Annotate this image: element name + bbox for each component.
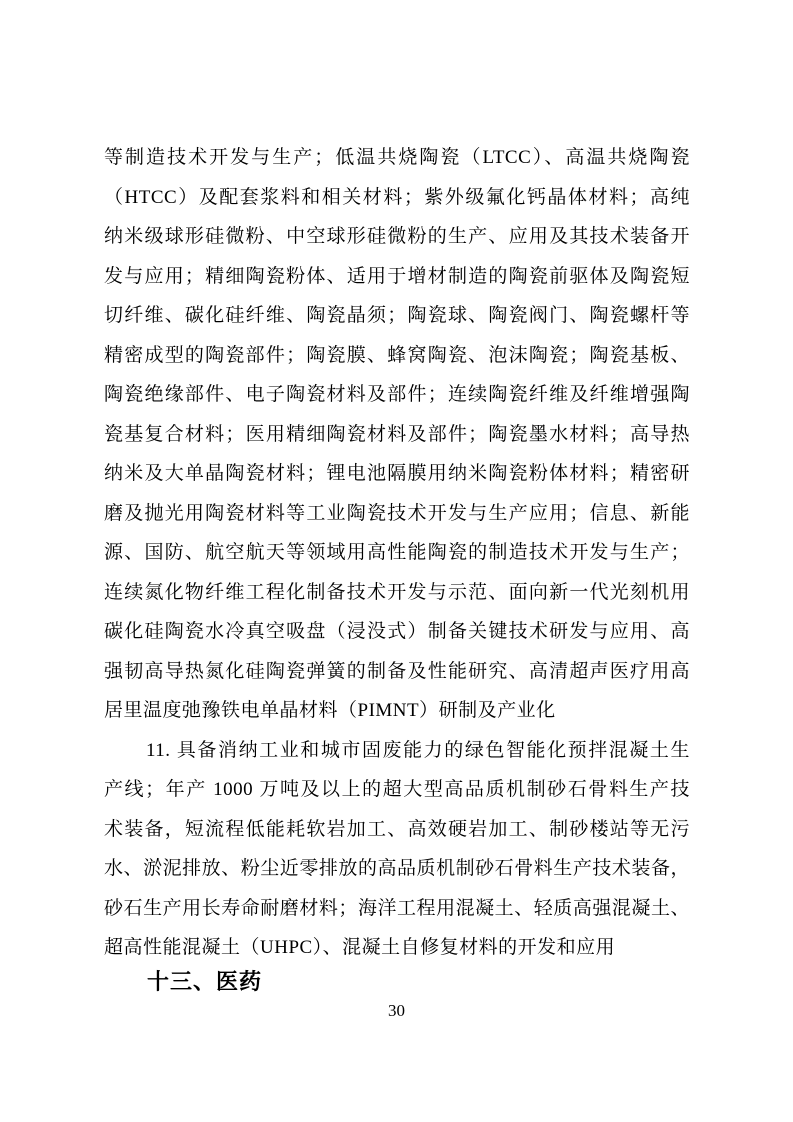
text-line: 连续氮化物纤维工程化制备技术开发与示范、面向新一代光刻机用 (104, 573, 690, 613)
text-line: 强韧高导热氮化硅陶瓷弹簧的制备及性能研究、高清超声医疗用高 (104, 652, 690, 692)
text-line: 源、国防、航空航天等领域用高性能陶瓷的制造技术开发与生产； (104, 533, 690, 573)
text-line: 砂石生产用长寿命耐磨材料；海洋工程用混凝土、轻质高强混凝土、 (104, 889, 690, 929)
text-line: 11. 具备消纳工业和城市固废能力的绿色智能化预拌混凝土生 (104, 731, 690, 771)
text-line: 精密成型的陶瓷部件；陶瓷膜、蜂窝陶瓷、泡沫陶瓷；陶瓷基板、 (104, 336, 690, 376)
text-line: 碳化硅陶瓷水冷真空吸盘（浸没式）制备关键技术研发与应用、高 (104, 612, 690, 652)
text-line: 陶瓷绝缘部件、电子陶瓷材料及部件；连续陶瓷纤维及纤维增强陶 (104, 375, 690, 415)
text-line: 等制造技术开发与生产；低温共烧陶瓷（LTCC）、高温共烧陶瓷 (104, 138, 690, 178)
page-number: 30 (0, 999, 793, 1023)
text-line: 居里温度弛豫铁电单晶材料（PIMNT）研制及产业化 (104, 691, 690, 731)
text-line: 纳米及大单晶陶瓷材料；锂电池隔膜用纳米陶瓷粉体材料；精密研 (104, 454, 690, 494)
document-page: 等制造技术开发与生产；低温共烧陶瓷（LTCC）、高温共烧陶瓷（HTCC）及配套浆… (0, 0, 793, 1122)
text-line: 水、淤泥排放、粉尘近零排放的高品质机制砂石骨料生产技术装备， (104, 849, 690, 889)
text-line: （HTCC）及配套浆料和相关材料；紫外级氟化钙晶体材料；高纯 (104, 178, 690, 218)
text-line: 磨及抛光用陶瓷材料等工业陶瓷技术开发与生产应用；信息、新能 (104, 494, 690, 534)
text-line: 产线；年产 1000 万吨及以上的超大型高品质机制砂石骨料生产技 (104, 770, 690, 810)
text-line: 瓷基复合材料；医用精细陶瓷材料及部件；陶瓷墨水材料；高导热 (104, 415, 690, 455)
text-line: 切纤维、碳化硅纤维、陶瓷晶须；陶瓷球、陶瓷阀门、陶瓷螺杆等 (104, 296, 690, 336)
text-line: 纳米级球形硅微粉、中空球形硅微粉的生产、应用及其技术装备开 (104, 217, 690, 257)
text-line: 发与应用；精细陶瓷粉体、适用于增材制造的陶瓷前驱体及陶瓷短 (104, 257, 690, 297)
text-line: 术装备，短流程低能耗软岩加工、高效硬岩加工、制砂楼站等无污 (104, 810, 690, 850)
body-lines: 等制造技术开发与生产；低温共烧陶瓷（LTCC）、高温共烧陶瓷（HTCC）及配套浆… (104, 138, 690, 968)
page-content: 等制造技术开发与生产；低温共烧陶瓷（LTCC）、高温共烧陶瓷（HTCC）及配套浆… (104, 138, 690, 1001)
